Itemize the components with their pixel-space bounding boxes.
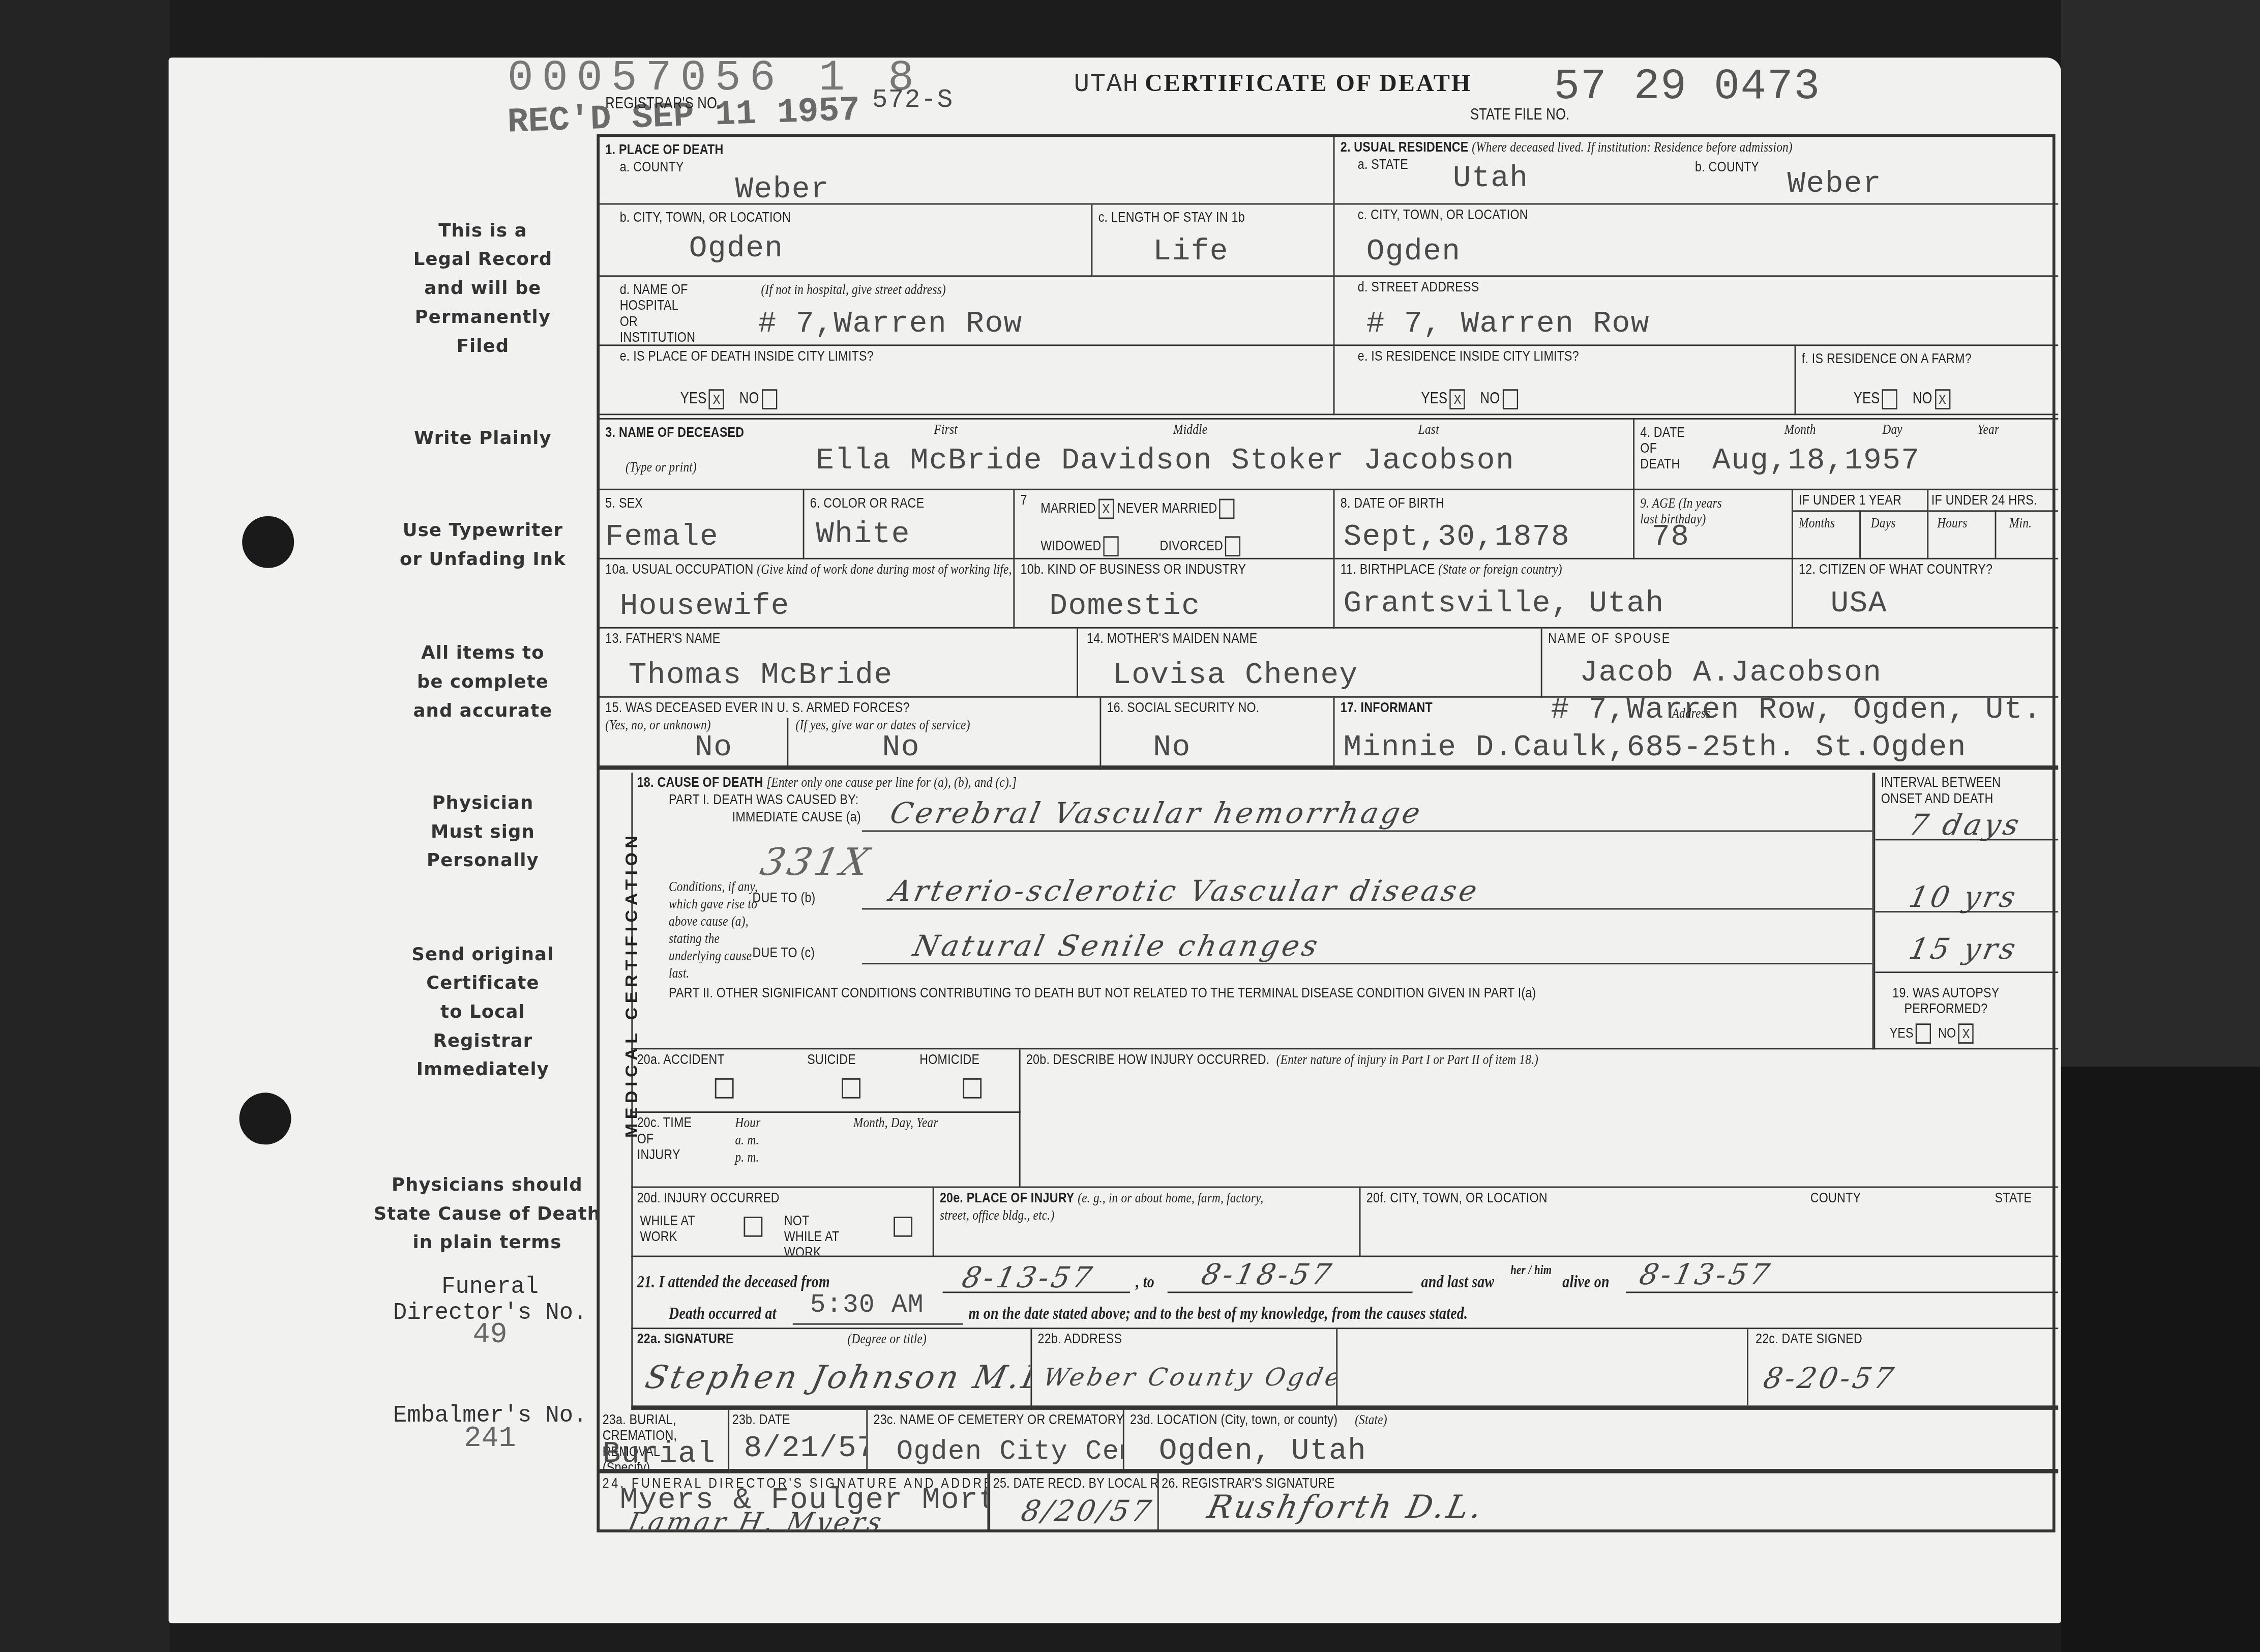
note-write-plainly: Write Plainly: [361, 424, 606, 453]
spouse-value[interactable]: Jacob A.Jacobson: [1580, 657, 1882, 690]
field-deceased-name: 3. NAME OF DECEASED (Type or print) Firs…: [600, 418, 1634, 490]
informant-value[interactable]: Minnie D.Caulk,685-25th. St.Ogden: [1343, 732, 1966, 765]
married-checkbox[interactable]: x: [1098, 499, 1114, 519]
occupation-value[interactable]: Housewife: [620, 591, 790, 624]
attended-to-value[interactable]: 8-18-57: [1198, 1257, 1337, 1291]
cemetery-value[interactable]: Ogden City Cemetery: [897, 1436, 1124, 1467]
field-date-of-birth: 8. DATE OF BIRTH Sept,30,1878: [1334, 490, 1634, 559]
residence-city-limits-no-checkbox[interactable]: [1502, 389, 1518, 409]
field-funeral-director: 24. FUNERAL DIRECTOR'S SIGNATURE AND ADD…: [600, 1473, 989, 1531]
note-typewriter: Use Typewriter or Unfading Ink: [361, 516, 606, 574]
institution-value[interactable]: # 7,Warren Row: [758, 309, 1023, 342]
death-city-value[interactable]: Ogden: [689, 233, 784, 267]
race-value[interactable]: White: [816, 519, 910, 552]
date-of-death-value[interactable]: Aug,18,1957: [1712, 446, 1920, 479]
disposition-value[interactable]: Burial: [603, 1439, 716, 1472]
death-time-value[interactable]: 5:30 AM: [810, 1291, 924, 1320]
armed-service-value[interactable]: No: [882, 732, 920, 765]
residence-street-value[interactable]: # 7, Warren Row: [1366, 309, 1650, 342]
field-cause-of-death: 18. CAUSE OF DEATH [Enter only one cause…: [631, 773, 1874, 983]
field-residence-state-county: 2. USUAL RESIDENCE (Where deceased lived…: [1334, 137, 2058, 204]
date-received-value[interactable]: 8/20/57: [1018, 1493, 1157, 1528]
field-injury-at-work: 20d. INJURY OCCURRED WHILE AT WORK NOT W…: [631, 1188, 934, 1257]
age-value[interactable]: 78: [1652, 522, 1689, 555]
field-registrar-signature: 26. REGISTRAR'S SIGNATURE Rushforth D.L.: [1159, 1473, 2059, 1531]
field-place-of-injury: 20e. PLACE OF INJURY (e. g., in or about…: [934, 1188, 1361, 1257]
residence-state-value[interactable]: Utah: [1453, 163, 1529, 196]
deceased-name-value[interactable]: Ella McBride Davidson Stoker Jacobson: [816, 446, 1514, 479]
state-file-no: 57 29 0473: [1554, 64, 1820, 112]
field-attendance: 21. I attended the deceased from 8-13-57…: [631, 1257, 2058, 1329]
while-at-work-checkbox[interactable]: [744, 1217, 762, 1237]
funeral-director-label: Funeral Director's No.: [368, 1274, 613, 1326]
due-to-c-value[interactable]: Natural Senile changes: [910, 928, 1324, 963]
note-send-original: Send original Certificate to Local Regis…: [361, 940, 606, 1084]
field-institution: d. NAME OF HOSPITAL OR INSTITUTION (If n…: [600, 277, 1334, 346]
field-race: 6. COLOR OR RACE White: [804, 490, 1015, 559]
interval-c-value[interactable]: 15 yrs: [1906, 931, 2021, 966]
field-death-city-limits: e. IS PLACE OF DEATH INSIDE CITY LIMITS?…: [600, 346, 1334, 415]
alive-on-value[interactable]: 8-13-57: [1637, 1257, 1775, 1291]
field-autopsy: 19. WAS AUTOPSY PERFORMED? YES NOx: [1874, 983, 2058, 1049]
field-citizenship: 12. CITIZEN OF WHAT COUNTRY? USA: [1793, 559, 2058, 629]
physician-signature-value[interactable]: Stephen Johnson M.D.: [642, 1361, 1032, 1397]
field-date-signed: 22c. DATE SIGNED 8-20-57: [1337, 1329, 2058, 1410]
field-death-city: b. CITY, TOWN, OR LOCATION Ogden: [600, 204, 1092, 277]
registrar-no: 572-S: [872, 86, 954, 115]
cause-code: 331X: [756, 842, 875, 885]
field-date-of-death: 4. DATE OF DEATH Month Day Year Aug,18,1…: [1634, 418, 2058, 490]
funeral-director-signature[interactable]: Lamar H. Myers: [625, 1508, 886, 1531]
suicide-checkbox[interactable]: [842, 1078, 860, 1099]
note-physician-sign: Physician Must sign Personally: [361, 788, 606, 875]
ssn-value[interactable]: No: [1153, 732, 1191, 765]
widowed-checkbox[interactable]: [1104, 536, 1119, 556]
interval-a-value[interactable]: 7 days: [1906, 807, 2025, 842]
field-physician-signature: 22a. SIGNATURE (Degree or title) Stephen…: [631, 1329, 1032, 1410]
certificate-form: 1. PLACE OF DEATH a. COUNTY Weber 2. USU…: [597, 134, 2055, 1532]
birthplace-value[interactable]: Grantsville, Utah: [1343, 588, 1664, 621]
date-signed-value[interactable]: 8-20-57: [1761, 1361, 1899, 1395]
scan-background-left: [0, 0, 170, 1652]
field-physician-address: 22b. ADDRESS Weber County Ogden Utah: [1032, 1329, 1337, 1410]
physician-address-value[interactable]: Weber County Ogden Utah: [1040, 1364, 1337, 1393]
stay-length-value[interactable]: Life: [1153, 237, 1229, 270]
embalmer-no: 241: [368, 1427, 613, 1453]
autopsy-yes-checkbox[interactable]: [1916, 1023, 1931, 1044]
divorced-checkbox[interactable]: [1226, 536, 1241, 556]
residence-city-value[interactable]: Ogden: [1366, 237, 1461, 270]
field-burial-location: 23d. LOCATION (City, town, or county) (S…: [1124, 1410, 2059, 1473]
field-part-ii: PART II. OTHER SIGNIFICANT CONDITIONS CO…: [631, 983, 1874, 1049]
father-value[interactable]: Thomas McBride: [629, 660, 893, 693]
note-cause-plain: Physicians should State Cause of Death i…: [350, 1170, 624, 1257]
field-occupation: 10a. USUAL OCCUPATION (Give kind of work…: [600, 559, 1015, 629]
certificate-title: UTAH CERTIFICATE OF DEATH: [1074, 69, 1472, 100]
field-death-county: 1. PLACE OF DEATH a. COUNTY Weber: [600, 137, 1334, 204]
field-industry: 10b. KIND OF BUSINESS OR INDUSTRY Domest…: [1015, 559, 1334, 629]
note-complete: All items to be complete and accurate: [361, 639, 606, 725]
field-ssn: 16. SOCIAL SECURITY NO. No: [1101, 698, 1334, 770]
mother-value[interactable]: Lovisa Cheney: [1113, 660, 1358, 693]
residence-county-value[interactable]: Weber: [1787, 169, 1882, 202]
field-injury-description: 20b. DESCRIBE HOW INJURY OCCURRED. (Ente…: [1021, 1049, 2059, 1188]
medical-certification-band: MEDICAL CERTIFICATION: [600, 773, 633, 1410]
note-legal-record: This is a Legal Record and will be Perma…: [361, 216, 606, 360]
death-county-value[interactable]: Weber: [735, 174, 829, 205]
field-residence-city-limits: e. IS RESIDENCE INSIDE CITY LIMITS? YESx…: [1334, 346, 1796, 415]
field-residence-street: d. STREET ADDRESS # 7, Warren Row: [1334, 277, 2058, 346]
residence-city-limits-yes-checkbox[interactable]: x: [1450, 389, 1465, 409]
burial-location-value[interactable]: Ogden, Utah: [1159, 1436, 1366, 1469]
registrar-no-label: REGISTRAR'S NO.: [605, 95, 721, 114]
industry-value[interactable]: Domestic: [1049, 591, 1200, 624]
not-while-at-work-checkbox[interactable]: [894, 1217, 912, 1237]
scan-background-right-lower: [2061, 1067, 2260, 1652]
field-disposition: 23a. BURIAL, CREMATION, REMOVAL (Specify…: [600, 1410, 729, 1473]
title-text: CERTIFICATE OF DEATH: [1145, 69, 1472, 97]
state-file-label: STATE FILE NO.: [1470, 107, 1570, 126]
attended-from-value[interactable]: 8-13-57: [959, 1260, 1098, 1294]
field-armed-forces: 15. WAS DECEASED EVER IN U. S. ARMED FOR…: [600, 698, 1101, 770]
farm-yes-checkbox[interactable]: [1882, 389, 1897, 409]
funeral-director-no: 49: [368, 1323, 613, 1349]
field-injury-type: 20a. ACCIDENT SUICIDE HOMICIDE: [631, 1049, 1020, 1113]
informant-address-value[interactable]: # 7,Warren Row, Ogden, Ut.: [1551, 698, 2042, 728]
field-time-of-injury: 20c. TIME OF INJURY Hour a. m. p. m. Mon…: [631, 1113, 1020, 1188]
never-married-checkbox[interactable]: [1220, 499, 1235, 519]
armed-forces-value[interactable]: No: [695, 732, 732, 765]
field-residence-farm: f. IS RESIDENCE ON A FARM? YES NOx: [1796, 346, 2058, 415]
field-date-received: 25. DATE RECD. BY LOCAL REG. 8/20/57: [989, 1473, 1158, 1531]
dob-value[interactable]: Sept,30,1878: [1343, 522, 1570, 555]
field-burial-date: 23b. DATE 8/21/57: [729, 1410, 868, 1473]
field-marital-status: 7 MARRIEDx NEVER MARRIED WIDOWED DIVORCE…: [1015, 490, 1334, 559]
death-city-limits-yes-checkbox[interactable]: x: [709, 389, 724, 409]
field-onset-interval: INTERVAL BETWEEN ONSET AND DEATH 7 days …: [1874, 773, 2058, 983]
punch-hole-top: [242, 516, 294, 568]
field-informant: 17. INFORMANT # 7,Warren Row, Ogden, Ut.…: [1334, 698, 2058, 770]
due-to-b-value[interactable]: Arterio-sclerotic Vascular disease: [887, 874, 1483, 908]
document-stage: 00057056 1 8 REC'D SEP 11 1957 REGISTRAR…: [0, 0, 2260, 1652]
registrar-signature-value[interactable]: Rushforth D.L.: [1204, 1491, 1488, 1527]
field-under-24-hours: IF UNDER 24 HRS. Hours Min.: [1928, 490, 2058, 559]
field-father: 13. FATHER'S NAME Thomas McBride: [600, 629, 1078, 698]
immediate-cause-value[interactable]: Cerebral Vascular hemorrhage: [887, 795, 1426, 830]
accident-checkbox[interactable]: [715, 1078, 734, 1099]
field-injury-location: 20f. CITY, TOWN, OR LOCATION COUNTY STAT…: [1360, 1188, 2058, 1257]
punch-hole-bottom: [239, 1093, 291, 1144]
death-city-limits-no-checkbox[interactable]: [761, 389, 777, 409]
field-cemetery: 23c. NAME OF CEMETERY OR CREMATORY Ogden…: [868, 1410, 1124, 1473]
field-mother: 14. MOTHER'S MAIDEN NAME Lovisa Cheney: [1078, 629, 1542, 698]
field-sex: 5. SEX Female: [600, 490, 804, 559]
field-under-1-year: IF UNDER 1 YEAR Months Days: [1793, 490, 1928, 559]
burial-date-value[interactable]: 8/21/57: [744, 1433, 868, 1466]
field-age: 9. AGE (In years last birthday) 78: [1634, 490, 1793, 559]
citizen-value[interactable]: USA: [1830, 588, 1887, 621]
autopsy-no-checkbox[interactable]: x: [1958, 1023, 1974, 1044]
state-label: UTAH: [1074, 71, 1139, 100]
interval-b-value[interactable]: 10 yrs: [1906, 879, 2021, 914]
field-birthplace: 11. BIRTHPLACE (State or foreign country…: [1334, 559, 1793, 629]
field-stay-length: c. LENGTH OF STAY IN 1b Life: [1092, 204, 1334, 277]
field-spouse: NAME OF SPOUSE Jacob A.Jacobson: [1542, 629, 2059, 698]
homicide-checkbox[interactable]: [963, 1078, 982, 1099]
field-residence-city: c. CITY, TOWN, OR LOCATION Ogden: [1334, 204, 2058, 277]
sex-value[interactable]: Female: [605, 522, 719, 555]
farm-no-checkbox[interactable]: x: [1935, 389, 1950, 409]
